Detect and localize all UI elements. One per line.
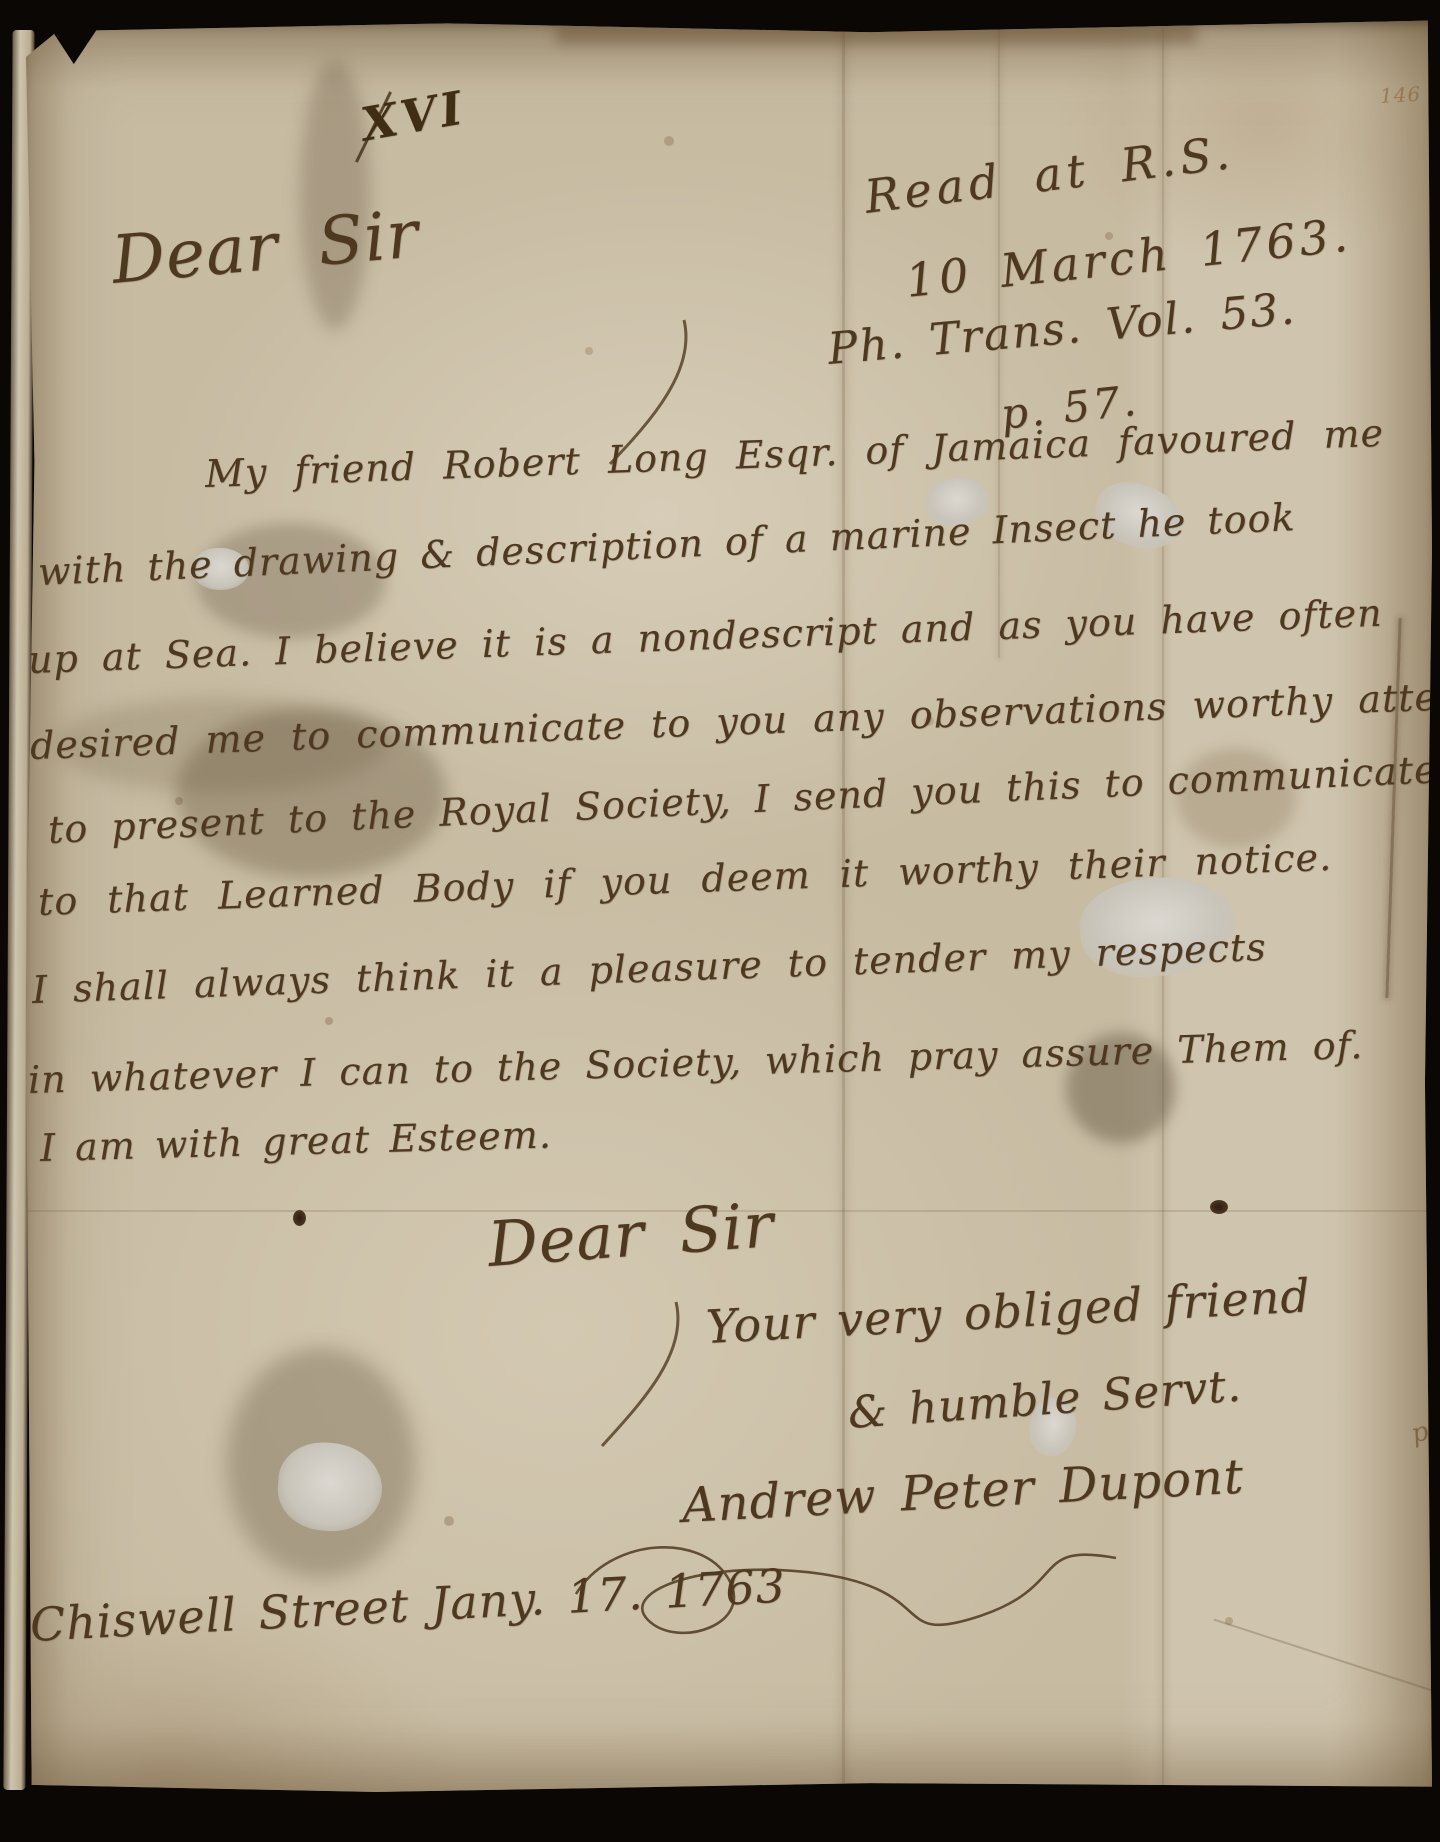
folio-number: 146: [1379, 82, 1421, 108]
ink-spot: [1210, 1200, 1228, 1214]
closing-line: & humble Servt.: [846, 1361, 1243, 1439]
ink-spot: [293, 1210, 306, 1226]
annotation-read-at: Read at R.S.: [862, 125, 1237, 224]
body-line: to that Learned Body if you deem it wort…: [37, 835, 1333, 924]
body-line: I shall always think it a pleasure to te…: [31, 925, 1267, 1012]
closing-line: Your very obliged friend: [705, 1268, 1312, 1354]
vertical-fold-crease: [1162, 18, 1164, 1792]
body-line: I am with great Esteem.: [39, 1113, 552, 1170]
vertical-fold-crease: [842, 18, 845, 1792]
foxing-dots: [26, 18, 32, 24]
body-line: to present to the Royal Society, I send …: [47, 747, 1438, 852]
body-line: desired me to communicate to you any obs…: [29, 671, 1440, 768]
pen-flourish: [590, 1300, 710, 1450]
edge-tear: [1385, 618, 1401, 998]
closing-salutation: Dear Sir: [485, 1188, 776, 1281]
body-line: in whatever I can to the Society, which …: [27, 1023, 1363, 1102]
dateline: Chiswell Street Jany. 17. 1763: [29, 1558, 788, 1652]
filing-mark: XVI: [357, 80, 470, 151]
paper-stain: [226, 1348, 416, 1578]
scanned-letter: 146 XVI Read at R.S. 10 March 1763. Ph. …: [0, 0, 1440, 1842]
paper-damage-patch: [275, 1439, 385, 1534]
salutation: Dear Sir: [109, 195, 422, 299]
diagonal-crease: [1214, 1619, 1440, 1720]
edge-text-fragment: pe: [1408, 1412, 1440, 1449]
annotation-reference: Ph. Trans. Vol. 53.: [826, 283, 1298, 375]
body-line: up at Sea. I believe it is a nondescript…: [27, 591, 1383, 682]
paper-stain: [556, 18, 1196, 44]
letter-page: 146 XVI Read at R.S. 10 March 1763. Ph. …: [26, 18, 1432, 1792]
body-line: My friend Robert Long Esqr. of Jamaica f…: [204, 411, 1384, 496]
signature: Andrew Peter Dupont: [681, 1449, 1246, 1534]
body-line: with the drawing & description of a mari…: [37, 495, 1296, 594]
